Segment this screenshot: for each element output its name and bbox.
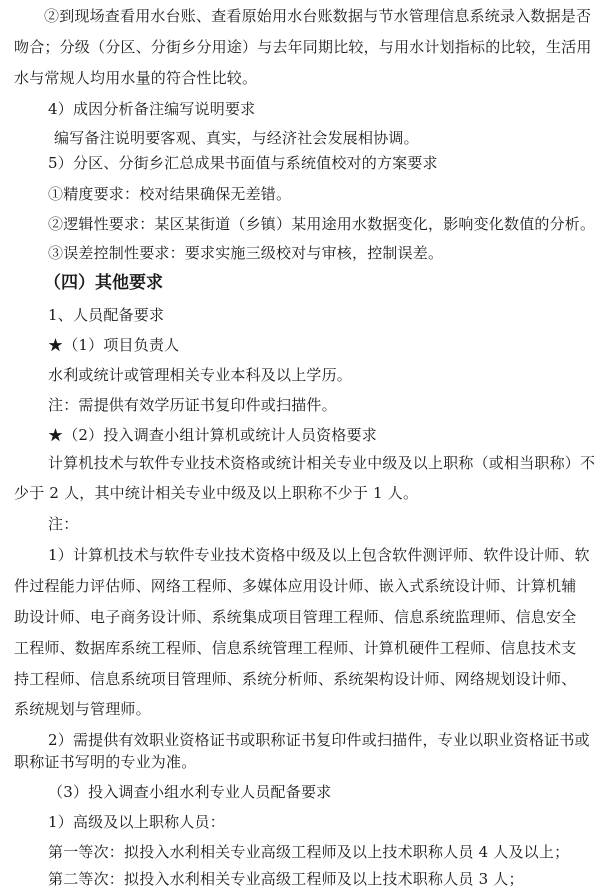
paragraph-line: ②到现场查看用水台账、查看原始用水台账数据与节水管理信息系统录入数据是否 — [44, 7, 591, 25]
note-label: 注： — [48, 515, 78, 533]
requirement-item: ★（2）投入调查小组计算机或统计人员资格要求 — [48, 426, 377, 444]
list-item: 1）高级及以上职称人员： — [48, 813, 225, 831]
note-line: 注：需提供有效学历证书复印件或扫描件。 — [48, 396, 337, 414]
paragraph-line: 2）需提供有效职业资格证书或职称证书复印件或扫描件，专业以职业资格证书或 — [48, 731, 590, 749]
list-item: ③误差控制性要求：要求实施三级校对与审核，控制误差。 — [48, 244, 443, 262]
subsection-title: 1、人员配备要求 — [48, 306, 164, 324]
requirement-item: ★（1）项目负责人 — [48, 336, 179, 354]
paragraph-line: 系统规划与管理师。 — [14, 700, 151, 718]
document-page: ②到现场查看用水台账、查看原始用水台账数据与节水管理信息系统录入数据是否 吻合；… — [0, 0, 607, 890]
paragraph-line: 职称证书写明的专业为准。 — [14, 753, 196, 771]
subsection-title: （3）投入调查小组水利专业人员配备要求 — [48, 783, 331, 801]
paragraph-line: 工程师、数据库系统工程师、信息系统管理工程师、计算机硬件工程师、信息技术支 — [14, 639, 576, 657]
list-item: 第一等次：拟投入水利相关专业高级工程师及以上技术职称人员 4 人及以上； — [48, 843, 569, 861]
list-item: ②逻辑性要求：某区某街道（乡镇）某用途用水数据变化，影响变化数值的分析。 — [48, 215, 595, 233]
paragraph-line: 持工程师、信息系统项目管理师、系统分析师、系统架构设计师、网络规划设计师、 — [14, 670, 576, 688]
subsection-title: 5）分区、分街乡汇总成果书面值与系统值校对的方案要求 — [48, 154, 438, 172]
paragraph-line: 助设计师、电子商务设计师、系统集成项目管理工程师、信息系统监理师、信息安全 — [14, 608, 576, 626]
paragraph-line: 1）计算机技术与软件专业技术资格中级及以上包含软件测评师、软件设计师、软 — [48, 546, 590, 564]
paragraph-line: 水利或统计或管理相关专业本科及以上学历。 — [48, 366, 352, 384]
paragraph-line: 件过程能力评估师、网络工程师、多媒体应用设计师、嵌入式系统设计师、计算机辅 — [14, 577, 576, 595]
list-item: ①精度要求：校对结果确保无差错。 — [48, 185, 291, 203]
paragraph-line: 水与常规人均用水量的符合性比较。 — [14, 69, 257, 87]
paragraph-line: 少于 2 人，其中统计相关专业中级及以上职称不少于 1 人。 — [14, 484, 418, 502]
paragraph-line: 吻合；分级（分区、分街乡分用途）与去年同期比较，与用水计划指标的比较，生活用 — [14, 38, 592, 56]
section-heading: （四）其他要求 — [44, 273, 163, 293]
list-item: 第二等次：拟投入水利相关专业高级工程师及以上技术职称人员 3 人； — [48, 870, 524, 888]
subsection-title: 4）成因分析备注编写说明要求 — [48, 100, 255, 118]
paragraph-line: 计算机技术与软件专业技术资格或统计相关专业中级及以上职称（或相当职称）不 — [48, 454, 595, 472]
paragraph-line: 编写备注说明要客观、真实，与经济社会发展相协调。 — [54, 129, 419, 147]
